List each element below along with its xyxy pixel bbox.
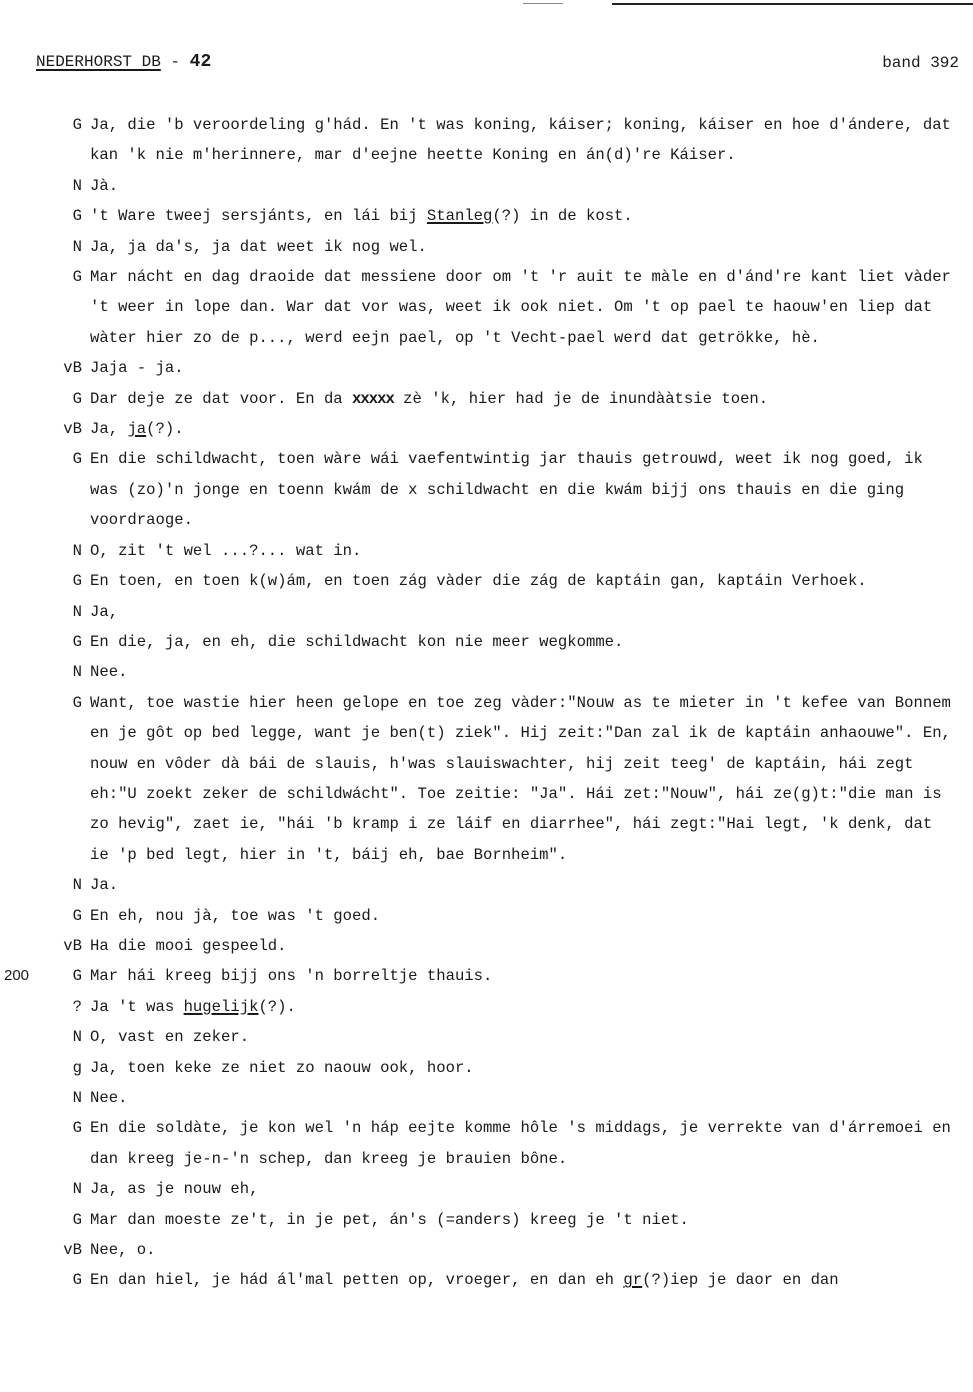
text-segment: (?)iep je daor en dan xyxy=(642,1271,839,1289)
utterance-text: Ja 't was hugelijk(?). xyxy=(90,992,952,1022)
speaker-label: N xyxy=(40,232,82,262)
text-segment: Nee. xyxy=(90,1089,127,1107)
transcript-entry: vBHa die mooi gespeeld. xyxy=(0,931,973,961)
text-segment: Jà. xyxy=(90,177,118,195)
text-segment: En eh, nou jà, toe was 't goed. xyxy=(90,907,380,925)
text-segment: Ja 't was xyxy=(90,998,184,1016)
page-header: NEDERHORST DB - 42 band 392 xyxy=(36,52,959,76)
transcript-entry: NJa, xyxy=(0,597,973,627)
utterance-text: Ja, ja(?). xyxy=(90,414,952,444)
speaker-label: G xyxy=(40,566,82,596)
speaker-label: G xyxy=(40,901,82,931)
speaker-label: vB xyxy=(40,353,82,383)
scan-artifact-line xyxy=(612,3,973,5)
text-segment: Nee. xyxy=(90,663,127,681)
utterance-text: Want, toe wastie hier heen gelope en toe… xyxy=(90,688,952,870)
text-segment: En toen, en toen k(w)ám, en toen zág vàd… xyxy=(90,572,867,590)
uncertain-word: ja xyxy=(127,420,146,438)
utterance-text: Ja, ja da's, ja dat weet ik nog wel. xyxy=(90,232,952,262)
transcript-entry: GEn die, ja, en eh, die schildwacht kon … xyxy=(0,627,973,657)
text-segment: Ha die mooi gespeeld. xyxy=(90,937,287,955)
text-segment: En die schildwacht, toen wàre wái vaefen… xyxy=(90,450,932,529)
text-segment: zè 'k, hier had je de inundààtsie toen. xyxy=(394,390,768,408)
uncertain-word: Stanleg xyxy=(427,207,493,225)
speaker-label: G xyxy=(40,1205,82,1235)
uncertain-word: gr xyxy=(623,1271,642,1289)
utterance-text: En die schildwacht, toen wàre wái vaefen… xyxy=(90,444,952,535)
speaker-label: vB xyxy=(40,1235,82,1265)
speaker-label: vB xyxy=(40,931,82,961)
transcript-entry: vBNee, o. xyxy=(0,1235,973,1265)
transcript: GJa, die 'b veroordeling g'hád. En 't wa… xyxy=(0,110,973,1296)
speaker-label: G xyxy=(40,201,82,231)
text-segment: Ja, xyxy=(90,603,118,621)
location-label: NEDERHORST DB xyxy=(36,53,161,71)
speaker-label: G xyxy=(40,444,82,474)
tape-label: band 392 xyxy=(882,54,959,72)
speaker-label: G xyxy=(40,1265,82,1295)
speaker-label: vB xyxy=(40,414,82,444)
text-segment: Nee, o. xyxy=(90,1241,156,1259)
text-segment: Jaja - ja. xyxy=(90,359,184,377)
text-segment: En die soldàte, je kon wel 'n háp eejte … xyxy=(90,1119,960,1167)
utterance-text: Dar deje ze dat voor. En da xxxxx zè 'k,… xyxy=(90,384,952,414)
utterance-text: Ja, die 'b veroordeling g'hád. En 't was… xyxy=(90,110,952,171)
text-segment: Dar deje ze dat voor. En da xyxy=(90,390,352,408)
utterance-text: 't Ware tweej sersjánts, en lái bij Stan… xyxy=(90,201,952,231)
utterance-text: Ja, xyxy=(90,597,952,627)
speaker-label: G xyxy=(40,110,82,140)
utterance-text: En eh, nou jà, toe was 't goed. xyxy=(90,901,952,931)
transcript-entry: GMar nácht en dag draoide dat messiene d… xyxy=(0,262,973,353)
utterance-text: Ja, as je nouw eh, xyxy=(90,1174,952,1204)
text-segment: Ja, ja da's, ja dat weet ik nog wel. xyxy=(90,238,427,256)
transcript-entry: vBJaja - ja. xyxy=(0,353,973,383)
transcript-entry: NNee. xyxy=(0,1083,973,1113)
utterance-text: Ha die mooi gespeeld. xyxy=(90,931,952,961)
text-segment: (?) in de kost. xyxy=(492,207,632,225)
utterance-text: Nee, o. xyxy=(90,1235,952,1265)
utterance-text: Ja. xyxy=(90,870,952,900)
transcript-entry: GEn toen, en toen k(w)ám, en toen zág và… xyxy=(0,566,973,596)
transcript-entry: 200GMar hái kreeg bijj ons 'n borreltje … xyxy=(0,961,973,991)
text-segment: Ja, xyxy=(90,420,127,438)
text-segment: Mar dan moeste ze't, in je pet, án's (=a… xyxy=(90,1211,689,1229)
speaker-label: G xyxy=(40,262,82,292)
text-segment: O, vast en zeker. xyxy=(90,1028,249,1046)
transcript-entry: NO, zit 't wel ...?... wat in. xyxy=(0,536,973,566)
transcript-entry: ?Ja 't was hugelijk(?). xyxy=(0,992,973,1022)
speaker-label: G xyxy=(40,384,82,414)
transcript-entry: GEn die schildwacht, toen wàre wái vaefe… xyxy=(0,444,973,535)
transcript-entry: GEn eh, nou jà, toe was 't goed. xyxy=(0,901,973,931)
utterance-text: En dan hiel, je hád ál'mal petten op, vr… xyxy=(90,1265,952,1295)
scan-artifact-line xyxy=(523,3,563,4)
utterance-text: Ja, toen keke ze niet zo naouw ook, hoor… xyxy=(90,1053,952,1083)
speaker-label: N xyxy=(40,597,82,627)
transcript-entry: GWant, toe wastie hier heen gelope en to… xyxy=(0,688,973,870)
transcript-entry: GEn die soldàte, je kon wel 'n háp eejte… xyxy=(0,1113,973,1174)
utterance-text: Mar hái kreeg bijj ons 'n borreltje thau… xyxy=(90,961,952,991)
line-number: 200 xyxy=(4,961,44,991)
text-segment: Mar hái kreeg bijj ons 'n borreltje thau… xyxy=(90,967,492,985)
title-separator: - xyxy=(161,53,190,71)
text-segment: (?). xyxy=(258,998,295,1016)
utterance-text: Nee. xyxy=(90,1083,952,1113)
speaker-label: G xyxy=(40,627,82,657)
speaker-label: G xyxy=(40,961,82,991)
document-title: NEDERHORST DB - 42 xyxy=(36,52,211,72)
utterance-text: En die, ja, en eh, die schildwacht kon n… xyxy=(90,627,952,657)
speaker-label: N xyxy=(40,870,82,900)
transcript-entry: NO, vast en zeker. xyxy=(0,1022,973,1052)
text-segment: Ja, die 'b veroordeling g'hád. En 't was… xyxy=(90,116,960,164)
transcript-entry: NJa, ja da's, ja dat weet ik nog wel. xyxy=(0,232,973,262)
text-segment: Ja, as je nouw eh, xyxy=(90,1180,258,1198)
transcript-entry: NNee. xyxy=(0,657,973,687)
text-segment: En die, ja, en eh, die schildwacht kon n… xyxy=(90,633,623,651)
utterance-text: Nee. xyxy=(90,657,952,687)
utterance-text: En toen, en toen k(w)ám, en toen zág vàd… xyxy=(90,566,952,596)
text-segment: En dan hiel, je hád ál'mal petten op, vr… xyxy=(90,1271,623,1289)
speaker-label: G xyxy=(40,1113,82,1143)
speaker-label: N xyxy=(40,1022,82,1052)
transcript-entry: NJà. xyxy=(0,171,973,201)
speaker-label: N xyxy=(40,536,82,566)
utterance-text: Jaja - ja. xyxy=(90,353,952,383)
speaker-label: N xyxy=(40,657,82,687)
text-segment: (?). xyxy=(146,420,183,438)
utterance-text: Mar dan moeste ze't, in je pet, án's (=a… xyxy=(90,1205,952,1235)
text-segment: O, zit 't wel ...?... wat in. xyxy=(90,542,361,560)
text-segment: Mar nácht en dag draoide dat messiene do… xyxy=(90,268,960,347)
transcript-entry: G't Ware tweej sersjánts, en lái bij Sta… xyxy=(0,201,973,231)
utterance-text: O, vast en zeker. xyxy=(90,1022,952,1052)
text-segment: Want, toe wastie hier heen gelope en toe… xyxy=(90,694,960,864)
transcript-entry: GMar dan moeste ze't, in je pet, án's (=… xyxy=(0,1205,973,1235)
speaker-label: G xyxy=(40,688,82,718)
speaker-label: N xyxy=(40,1083,82,1113)
utterance-text: O, zit 't wel ...?... wat in. xyxy=(90,536,952,566)
speaker-label: N xyxy=(40,1174,82,1204)
text-segment: Ja, toen keke ze niet zo naouw ook, hoor… xyxy=(90,1059,474,1077)
transcript-entry: NJa, as je nouw eh, xyxy=(0,1174,973,1204)
transcript-entry: gJa, toen keke ze niet zo naouw ook, hoo… xyxy=(0,1053,973,1083)
transcript-entry: GJa, die 'b veroordeling g'hád. En 't wa… xyxy=(0,110,973,171)
utterance-text: En die soldàte, je kon wel 'n háp eejte … xyxy=(90,1113,952,1174)
text-segment: Ja. xyxy=(90,876,118,894)
transcript-entry: NJa. xyxy=(0,870,973,900)
text-segment: 't Ware tweej sersjánts, en lái bij xyxy=(90,207,427,225)
struck-out-text: xxxxx xyxy=(352,390,394,408)
transcript-entry: GEn dan hiel, je hád ál'mal petten op, v… xyxy=(0,1265,973,1295)
uncertain-word: hugelijk xyxy=(184,998,259,1016)
transcript-entry: GDar deje ze dat voor. En da xxxxx zè 'k… xyxy=(0,384,973,414)
utterance-text: Mar nácht en dag draoide dat messiene do… xyxy=(90,262,952,353)
page-number: 42 xyxy=(190,52,212,72)
utterance-text: Jà. xyxy=(90,171,952,201)
transcript-entry: vBJa, ja(?). xyxy=(0,414,973,444)
speaker-label: ? xyxy=(40,992,82,1022)
speaker-label: N xyxy=(40,171,82,201)
speaker-label: g xyxy=(40,1053,82,1083)
